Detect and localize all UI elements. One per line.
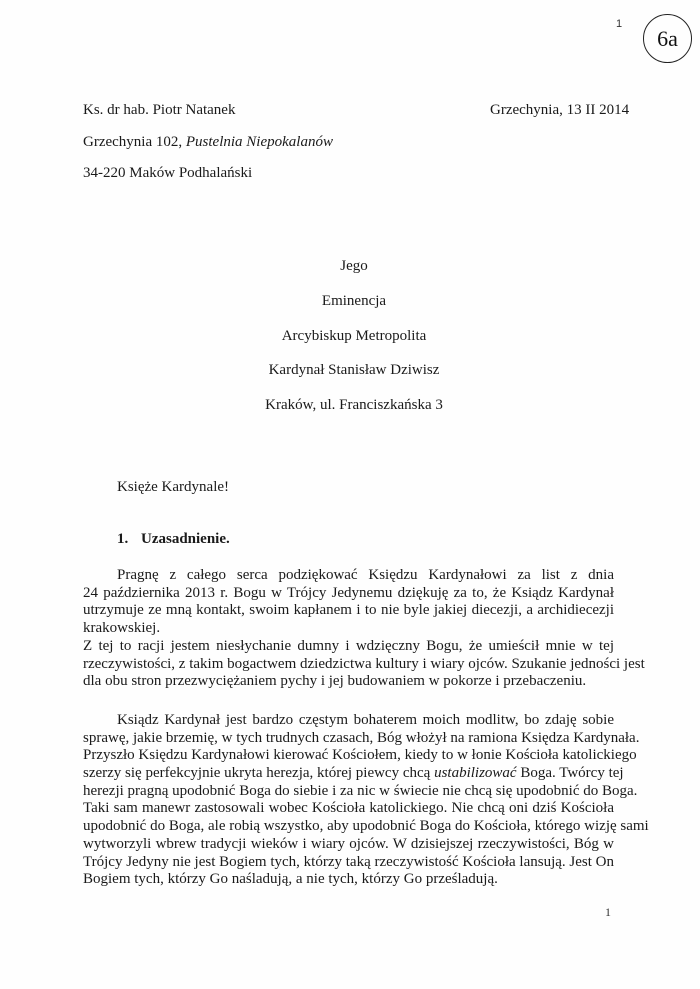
paragraph-line: upodobnić do Boga, ale robią wszystko, a… — [83, 818, 614, 836]
paragraph-line: Trójcy Jedyny nie jest Bogiem tych, któr… — [83, 854, 614, 872]
paragraph-line: Pragnę z całego serca podziękować Księdz… — [83, 567, 614, 585]
paragraph-line: Bogiem tych, którzy Go naśladują, a nie … — [83, 871, 614, 889]
paragraph-1: Pragnę z całego serca podziękować Księdz… — [83, 567, 614, 638]
section-number: 1. — [117, 530, 141, 548]
sender-address-street: Grzechynia 102, — [83, 134, 186, 150]
paragraph-3: Ksiądz Kardynał jest bardzo częstym boha… — [83, 712, 614, 889]
section-heading: 1.Uzasadnienie. — [117, 530, 230, 548]
paragraph-line: Przyszło Księdzu Kardynałowi kierować Ko… — [83, 747, 614, 765]
paragraph-2: Z tej to racji jestem niesłychanie dumny… — [83, 638, 614, 691]
paragraph-line: herezji pragną upodobnić Boga do siebie … — [83, 783, 614, 801]
page-number-top: 1 — [616, 18, 622, 30]
paragraph-line: szerzy się perfekcyjnie ukryta herezja, … — [83, 765, 614, 783]
sender-name: Ks. dr hab. Piotr Natanek — [83, 101, 235, 119]
recipient-line-2: Eminencja — [0, 292, 700, 310]
sender-address-hermitage: Pustelnia Niepokalanów — [186, 134, 333, 150]
sender-postal: 34-220 Maków Podhalański — [83, 164, 252, 182]
place-date: Grzechynia, 13 II 2014 — [490, 101, 629, 119]
paragraph-line: Taki sam manewr zastosowali wobec Kościo… — [83, 800, 614, 818]
recipient-line-5: Kraków, ul. Franciszkańska 3 — [0, 396, 700, 414]
exhibit-label: 6a — [657, 26, 678, 52]
paragraph-line: utrzymuje ze mną kontakt, swoim kapłanem… — [83, 602, 614, 620]
page-number-bottom: 1 — [605, 905, 611, 920]
paragraph-line: Z tej to racji jestem niesłychanie dumny… — [83, 638, 614, 656]
exhibit-marker: 6a — [643, 14, 692, 63]
paragraph-line: 24 października 2013 r. Bogu w Trójcy Je… — [83, 585, 614, 603]
sender-address: Grzechynia 102, Pustelnia Niepokalanów — [83, 133, 333, 151]
recipient-line-3: Arcybiskup Metropolita — [0, 327, 700, 345]
recipient-line-1: Jego — [0, 257, 700, 275]
paragraph-line: krakowskiej. — [83, 620, 614, 638]
emphasized-word: ustabilizować — [434, 765, 517, 781]
paragraph-line: rzeczywistości, z takim bogactwem dziedz… — [83, 656, 614, 674]
salutation: Księże Kardynale! — [117, 478, 229, 496]
paragraph-line: Ksiądz Kardynał jest bardzo częstym boha… — [83, 712, 614, 730]
paragraph-line: sprawę, jakie brzemię, w tych trudnych c… — [83, 730, 614, 748]
section-title: Uzasadnienie. — [141, 531, 230, 547]
paragraph-line: dla obu stron przezwyciężaniem pychy i j… — [83, 673, 614, 691]
paragraph-line: wytworzyli wbrew tradycji wieków i wiary… — [83, 836, 614, 854]
recipient-line-4: Kardynał Stanisław Dziwisz — [0, 361, 700, 379]
letter-page: 1 6a Ks. dr hab. Piotr Natanek Grzechyni… — [0, 0, 700, 989]
